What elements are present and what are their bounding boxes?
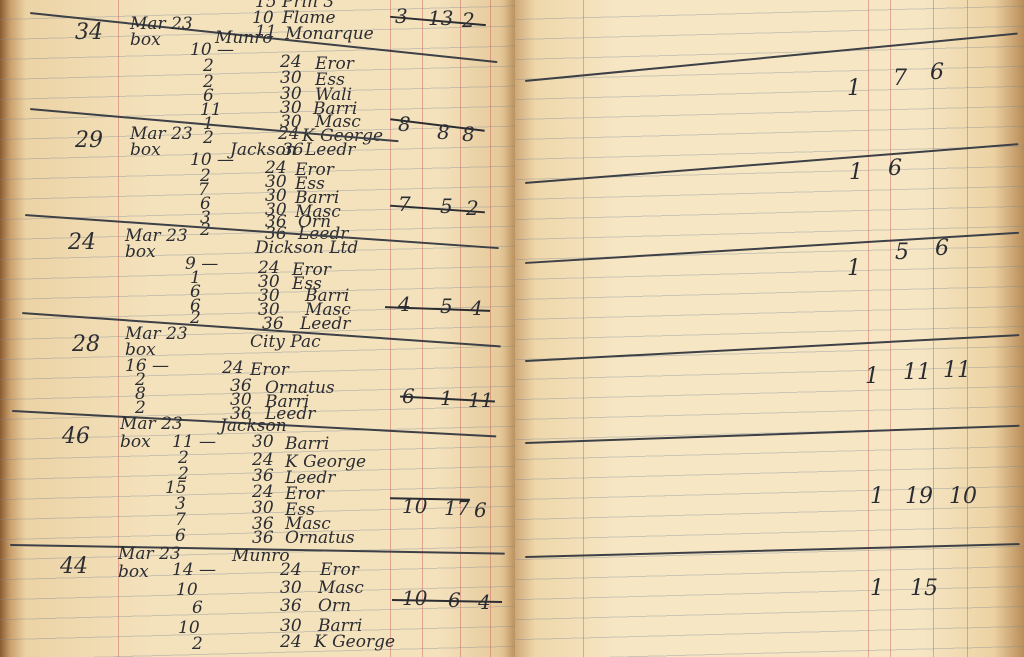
amount-shillings: 6 bbox=[888, 156, 902, 181]
line-size: 36 bbox=[252, 528, 274, 548]
column-rule bbox=[390, 0, 391, 657]
amount-shillings: 15 bbox=[910, 576, 938, 601]
total-pence: 2 bbox=[462, 8, 475, 32]
total-shillings: 13 bbox=[428, 6, 453, 30]
left-page: 15 Prin 3 10 Flame 11 Monarque 3 13 2 34… bbox=[0, 0, 515, 657]
total-pence: 8 bbox=[462, 122, 475, 146]
entry-number: 28 bbox=[72, 332, 100, 357]
column-rule bbox=[868, 0, 869, 657]
total-shillings: 5 bbox=[440, 294, 453, 318]
entry-box: box bbox=[125, 242, 156, 262]
line-qty: 10 — bbox=[190, 150, 234, 170]
total-pence: 4 bbox=[470, 296, 483, 320]
line-qty: 2 bbox=[203, 128, 214, 148]
total-shillings: 5 bbox=[440, 194, 453, 218]
line-name: Ornatus bbox=[285, 528, 355, 548]
amount-pounds: 1 bbox=[847, 76, 861, 101]
amount-pounds: 1 bbox=[865, 364, 879, 389]
entry-box: box bbox=[130, 140, 161, 160]
total-pounds: 4 bbox=[398, 292, 411, 316]
column-rule bbox=[933, 0, 934, 657]
entry-number: 46 bbox=[62, 424, 90, 449]
line-size: 24 bbox=[222, 358, 244, 378]
entry-customer: Dickson Ltd bbox=[255, 238, 358, 258]
line-name: Eror bbox=[250, 360, 289, 380]
line-name: Orn bbox=[318, 596, 351, 616]
line-size: 24 bbox=[280, 560, 302, 580]
column-rule bbox=[460, 0, 461, 657]
amount-shillings: 5 bbox=[895, 240, 909, 265]
amount-pence: 6 bbox=[935, 236, 949, 261]
line-qty: 14 — bbox=[172, 560, 216, 580]
column-rule bbox=[967, 0, 968, 657]
line-name: Masc bbox=[318, 578, 364, 598]
line-size: 30 bbox=[280, 578, 302, 598]
amount-shillings: 19 bbox=[905, 484, 933, 509]
entry-box: box bbox=[120, 432, 151, 452]
margin-rule bbox=[583, 0, 584, 657]
column-rule bbox=[422, 0, 423, 657]
amount-pounds: 1 bbox=[847, 256, 861, 281]
total-pounds: 10 bbox=[402, 586, 427, 610]
line-size: 24 bbox=[280, 632, 302, 652]
entry-number: 44 bbox=[60, 554, 88, 579]
amount-shillings: 7 bbox=[893, 66, 907, 91]
entry-number: 24 bbox=[68, 230, 96, 255]
entry-customer: City Pac bbox=[250, 332, 321, 352]
line-qty: 16 — bbox=[125, 356, 169, 376]
line-size: 36 bbox=[280, 596, 302, 616]
total-pence: 6 bbox=[474, 498, 487, 522]
line-name: Leedr bbox=[305, 140, 355, 160]
ledger-book: 15 Prin 3 10 Flame 11 Monarque 3 13 2 34… bbox=[0, 0, 1024, 657]
line-name: Eror bbox=[320, 560, 359, 580]
column-rule bbox=[890, 0, 891, 657]
line-name: K George bbox=[314, 632, 395, 652]
total-pence: 2 bbox=[466, 196, 479, 220]
amount-pence: 10 bbox=[949, 484, 977, 509]
ruled-lines bbox=[515, 0, 1024, 657]
entry-customer: Jackson bbox=[230, 140, 297, 160]
amount-pounds: 1 bbox=[870, 484, 884, 509]
entry-number: 34 bbox=[75, 20, 103, 45]
total-pounds: 8 bbox=[398, 112, 411, 136]
entry-box: box bbox=[130, 30, 161, 50]
line-qty: 2 bbox=[200, 220, 211, 240]
line-qty: 6 bbox=[192, 598, 203, 618]
line-qty: 2 bbox=[192, 634, 203, 654]
amount-pounds: 1 bbox=[849, 160, 863, 185]
column-rule bbox=[490, 0, 491, 657]
line-name: Barri bbox=[285, 434, 329, 454]
line-size: 30 bbox=[252, 432, 274, 452]
entry-number: 29 bbox=[75, 128, 103, 153]
amount-pounds: 1 bbox=[870, 576, 884, 601]
line-qty: 6 bbox=[175, 526, 186, 546]
amount-shillings: 11 bbox=[903, 360, 931, 385]
entry-box: box bbox=[118, 562, 149, 582]
right-page: 1 7 6 1 6 1 5 6 1 11 11 1 19 10 1 15 bbox=[515, 0, 1024, 657]
total-pounds: 7 bbox=[398, 192, 411, 216]
line-qty: 10 bbox=[176, 580, 198, 600]
amount-pence: 11 bbox=[943, 358, 971, 383]
entry-date: Mar 23 bbox=[120, 414, 183, 434]
amount-pence: 6 bbox=[930, 60, 944, 85]
